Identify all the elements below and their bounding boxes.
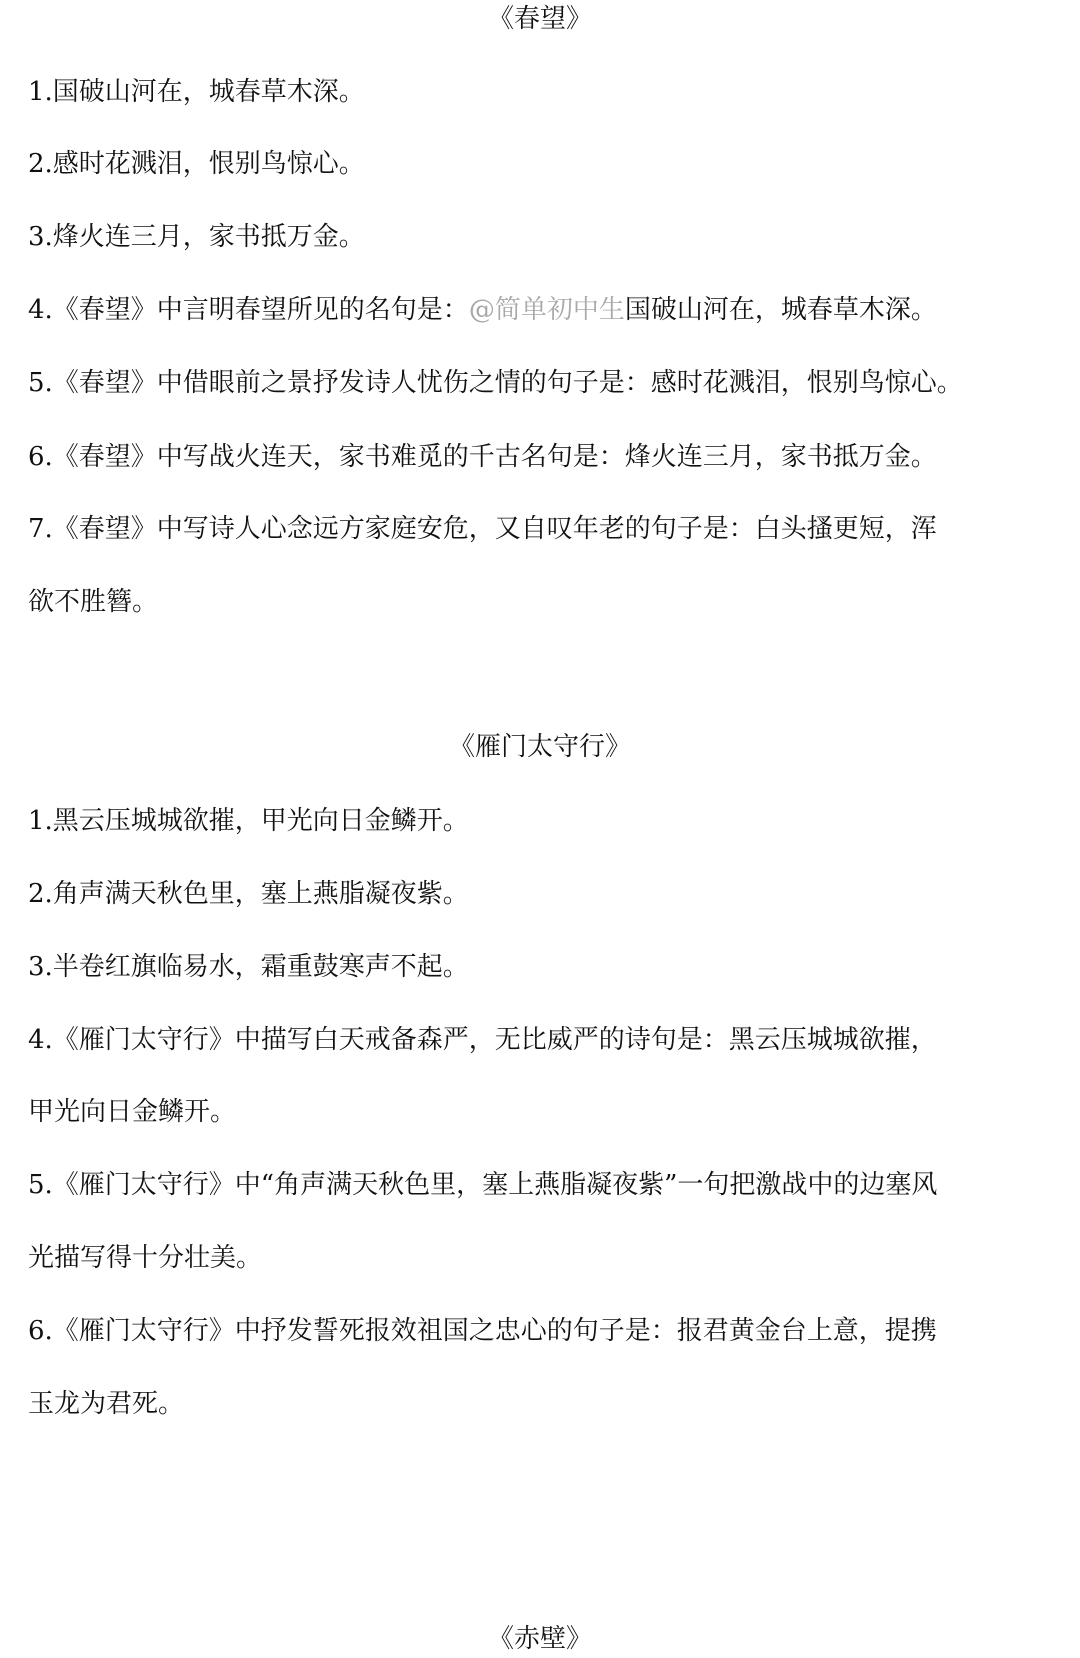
watermark: @简单初中生 [469,295,625,325]
list-item-continuation: 甲光向日金鳞开。 [28,1095,236,1129]
list-item-continuation: 玉龙为君死。 [28,1387,184,1421]
list-item: 3.烽火连三月，家书抵万金。 [28,220,365,254]
list-item-continuation: 欲不胜簪。 [28,585,158,619]
list-item: 6.《雁门太守行》中抒发誓死报效祖国之忠心的句子是：报君黄金台上意，提携 [28,1314,937,1348]
list-item: 6.《春望》中写战火连天，家书难觅的千古名句是：烽火连三月，家书抵万金。 [28,440,937,474]
list-item: 4.《春望》中言明春望所见的名句是：@简单初中生国破山河在，城春草木深。 [28,293,937,327]
list-item: 7.《春望》中写诗人心念远方家庭安危，又自叹年老的句子是：白头搔更短，浑 [28,512,937,546]
section-title-yanmen: 《雁门太守行》 [0,730,1080,764]
list-item: 2.角声满天秋色里，塞上燕脂凝夜紫。 [28,877,469,911]
item-text: 国破山河在，城春草木深。 [625,295,937,325]
list-item: 4.《雁门太守行》中描写白天戒备森严，无比威严的诗句是：黑云压城城欲摧， [28,1023,937,1057]
list-item: 5.《春望》中借眼前之景抒发诗人忧伤之情的句子是：感时花溅泪，恨别鸟惊心。 [28,366,963,400]
list-item: 5.《雁门太守行》中“角声满天秋色里，塞上燕脂凝夜紫”一句把激战中的边塞风 [28,1168,937,1202]
list-item: 1.国破山河在，城春草木深。 [28,75,365,109]
section-title-chibi: 《赤壁》 [0,1622,1080,1656]
list-item: 3.半卷红旗临易水，霜重鼓寒声不起。 [28,950,469,984]
item-text: 4.《春望》中言明春望所见的名句是： [28,295,469,325]
section-title-chunwang: 《春望》 [0,2,1080,36]
list-item: 2.感时花溅泪，恨别鸟惊心。 [28,147,365,181]
list-item-continuation: 光描写得十分壮美。 [28,1241,262,1275]
list-item: 1.黑云压城城欲摧，甲光向日金鳞开。 [28,804,469,838]
